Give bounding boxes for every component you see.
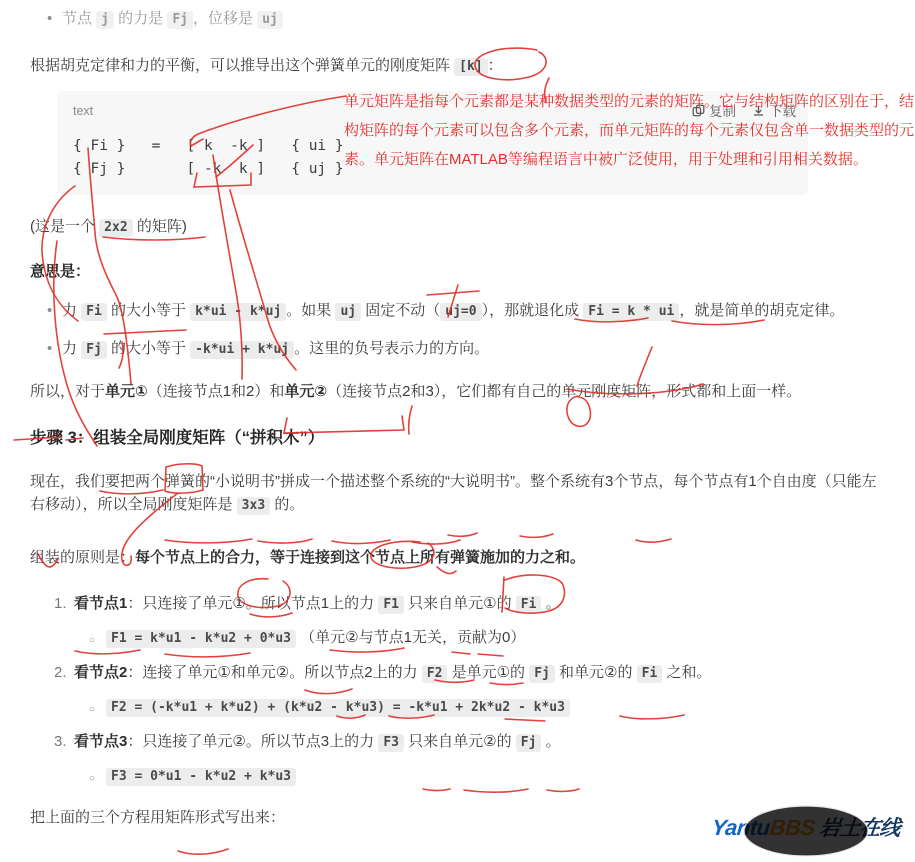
download-button-label: 下载: [769, 100, 796, 120]
assembly-steps-list: 看节点1：只连接了单元①。所以节点1上的力 F1 只来自单元①的 Fi 。 F1…: [30, 593, 882, 787]
bullet-fi: 力 Fi 的大小等于 k*ui - k*uj。如果 uj 固定不动（uj=0），…: [62, 300, 882, 322]
step-node3-formula: F3 = 0*u1 - k*u2 + k*u3: [106, 765, 882, 787]
step-node2: 看节点2：连接了单元①和单元②。所以节点2上的力 F2 是单元①的 Fj 和单元…: [74, 662, 882, 718]
logo-part-yantu: Yantu: [711, 815, 771, 840]
paragraph-matrix-size: (这是一个 2x2 的矩阵): [30, 216, 882, 237]
copy-icon: [692, 104, 705, 117]
step-node2-formula: F2 = (-k*u1 + k*u2) + (k*u2 - k*u3) = -k…: [106, 696, 882, 718]
step-node1: 看节点1：只连接了单元①。所以节点1上的力 F1 只来自单元①的 Fi 。 F1…: [74, 593, 882, 649]
logo-part-cn: 岩土在线: [818, 817, 900, 840]
paragraph-now: 现在，我们要把两个弹簧的“小说明书”拼成一个描述整个系统的“大说明书”。整个系统…: [30, 470, 882, 516]
logo-part-bbs: BBS: [768, 815, 816, 840]
paragraph-rule: 组装的原则是：每个节点上的合力，等于连接到这个节点上所有弹簧施加的力之和。: [30, 547, 882, 569]
site-logo: YantuBBS岩土在线: [710, 812, 901, 842]
copy-button-label: 复制: [709, 100, 736, 120]
step-node1-line: 看节点1：只连接了单元①。所以节点1上的力 F1 只来自单元①的 Fi 。: [74, 593, 882, 615]
copy-button[interactable]: 复制: [692, 100, 736, 120]
matrix-line-1: { Fi } = [ k -k ] { ui }: [73, 138, 344, 154]
step-node3: 看节点3：只连接了单元②。所以节点3上的力 F3 只来自单元②的 Fj 。 F3…: [74, 731, 882, 787]
paragraph-so: 所以，对于单元①（连接节点1和2）和单元②（连接节点2和3），它们都有自己的单元…: [30, 381, 882, 403]
code-block: text 复制 下载 { Fi } = [ k -k ] { ui } { Fj…: [57, 91, 808, 195]
step-node3-line: 看节点3：只连接了单元②。所以节点3上的力 F3 只来自单元②的 Fj 。: [74, 731, 882, 753]
meaning-bullet-list: 力 Fi 的大小等于 k*ui - k*uj。如果 uj 固定不动（uj=0），…: [30, 300, 882, 360]
matrix-line-2: { Fj } [ -k k ] { uj }: [73, 161, 344, 177]
step3-heading: 步骤 3：组装全局刚度矩阵（“拼积木”）: [30, 427, 882, 449]
paragraph-meaning: 意思是：: [30, 261, 882, 282]
code-block-actions: 复制 下载: [692, 100, 796, 120]
code-language-label: text: [73, 103, 792, 119]
intro-bullet-list: 节点 j 的力是 Fj，位移是 uj: [30, 8, 882, 30]
step-node2-line: 看节点2：连接了单元①和单元②。所以节点2上的力 F2 是单元①的 Fj 和单元…: [74, 662, 882, 684]
step-node1-formula: F1 = k*u1 - k*u2 + 0*u3 （单元②与节点1无关，贡献为0）: [106, 627, 882, 649]
chat-answer-page: 节点 j 的力是 Fj，位移是 uj 根据胡克定律和力的平衡，可以推导出这个弹簧…: [0, 0, 915, 862]
intro-bullet-item: 节点 j 的力是 Fj，位移是 uj: [62, 8, 882, 30]
document-content: 节点 j 的力是 Fj，位移是 uj 根据胡克定律和力的平衡，可以推导出这个弹簧…: [30, 8, 882, 828]
paragraph-hooke: 根据胡克定律和力的平衡，可以推导出这个弹簧单元的刚度矩阵 [k]：: [30, 55, 882, 76]
download-icon: [752, 104, 765, 117]
bullet-fj: 力 Fj 的大小等于 -k*ui + k*uj。这里的负号表示力的方向。: [62, 338, 882, 360]
matrix-equation: { Fi } = [ k -k ] { ui } { Fj } [ -k k ]…: [73, 135, 792, 181]
download-button[interactable]: 下载: [752, 100, 796, 120]
